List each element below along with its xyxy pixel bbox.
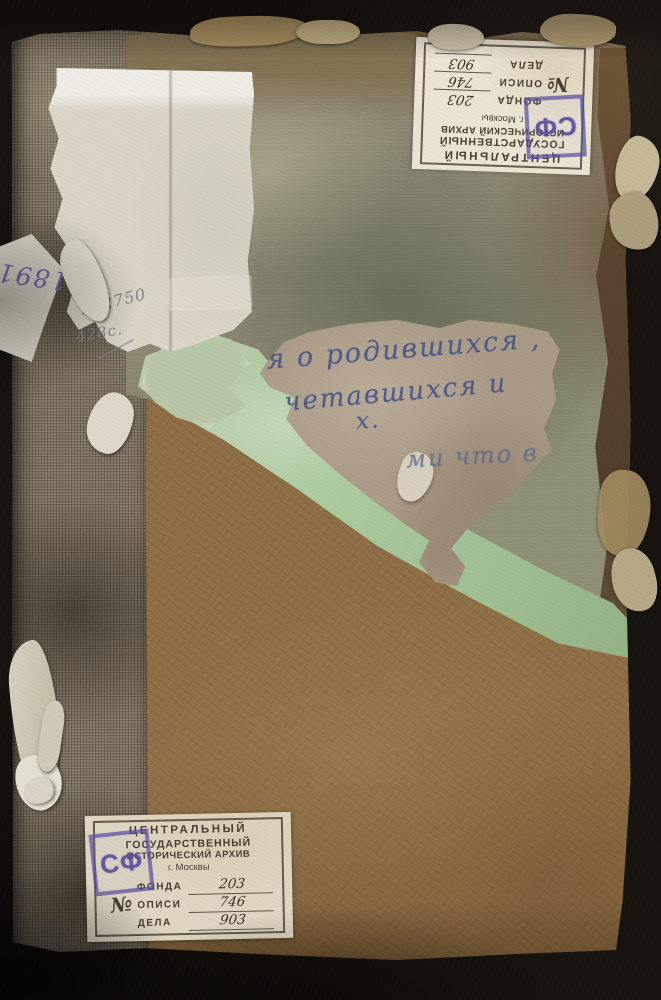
stamp-no-symbol: № (109, 891, 134, 918)
stamp-row-fond: ФОНДА 203 (137, 874, 275, 895)
stamp-row-value: 903 (189, 913, 276, 930)
stamp-row-value: 903 (432, 53, 492, 70)
handwriting-line-3: х. (355, 407, 381, 435)
stamp-row-value: 746 (188, 895, 275, 912)
stamp-table: ФОНДА 203 ОПИСИ 746 ДЕЛА 903 (137, 874, 275, 931)
stamp-no-symbol: № (546, 72, 569, 97)
stamp-row-value: 746 (432, 71, 492, 88)
stamp-row-label: ДЕЛА (138, 917, 184, 931)
archive-label-bottom: ЦЕНТРАЛЬНЫЙ ГОСУДАРСТВЕННЫЙ ИСТОРИЧЕСКИЙ… (85, 812, 294, 942)
sf-overstamp-top: СФ (524, 94, 587, 159)
photo-backdrop: я о родившихся , четавшихся и х. ми что … (0, 0, 661, 1000)
stamp-row-value: 203 (188, 877, 275, 894)
stamp-row-opis: ОПИСИ 746 (137, 892, 275, 913)
translucent-patch (167, 275, 252, 312)
stamp-row-delo: ДЕЛА 903 (137, 910, 275, 931)
stamp-row-label: ОПИСИ (137, 899, 183, 913)
archive-label-top: ЦЕНТРАЛЬНЫЙ ГОСУДАРСТВЕННЫЙ ИСТОРИЧЕСКИЙ… (412, 37, 594, 175)
frayed-edge-bit (296, 20, 360, 44)
frayed-edge-bit (594, 468, 653, 558)
stamp-row-label: ОПИСИ (496, 74, 542, 89)
stamp-row-value: 203 (431, 89, 491, 106)
sf-overstamp-bottom: СФ (89, 828, 155, 896)
stamp-row-label: ДЕЛА (497, 56, 543, 71)
